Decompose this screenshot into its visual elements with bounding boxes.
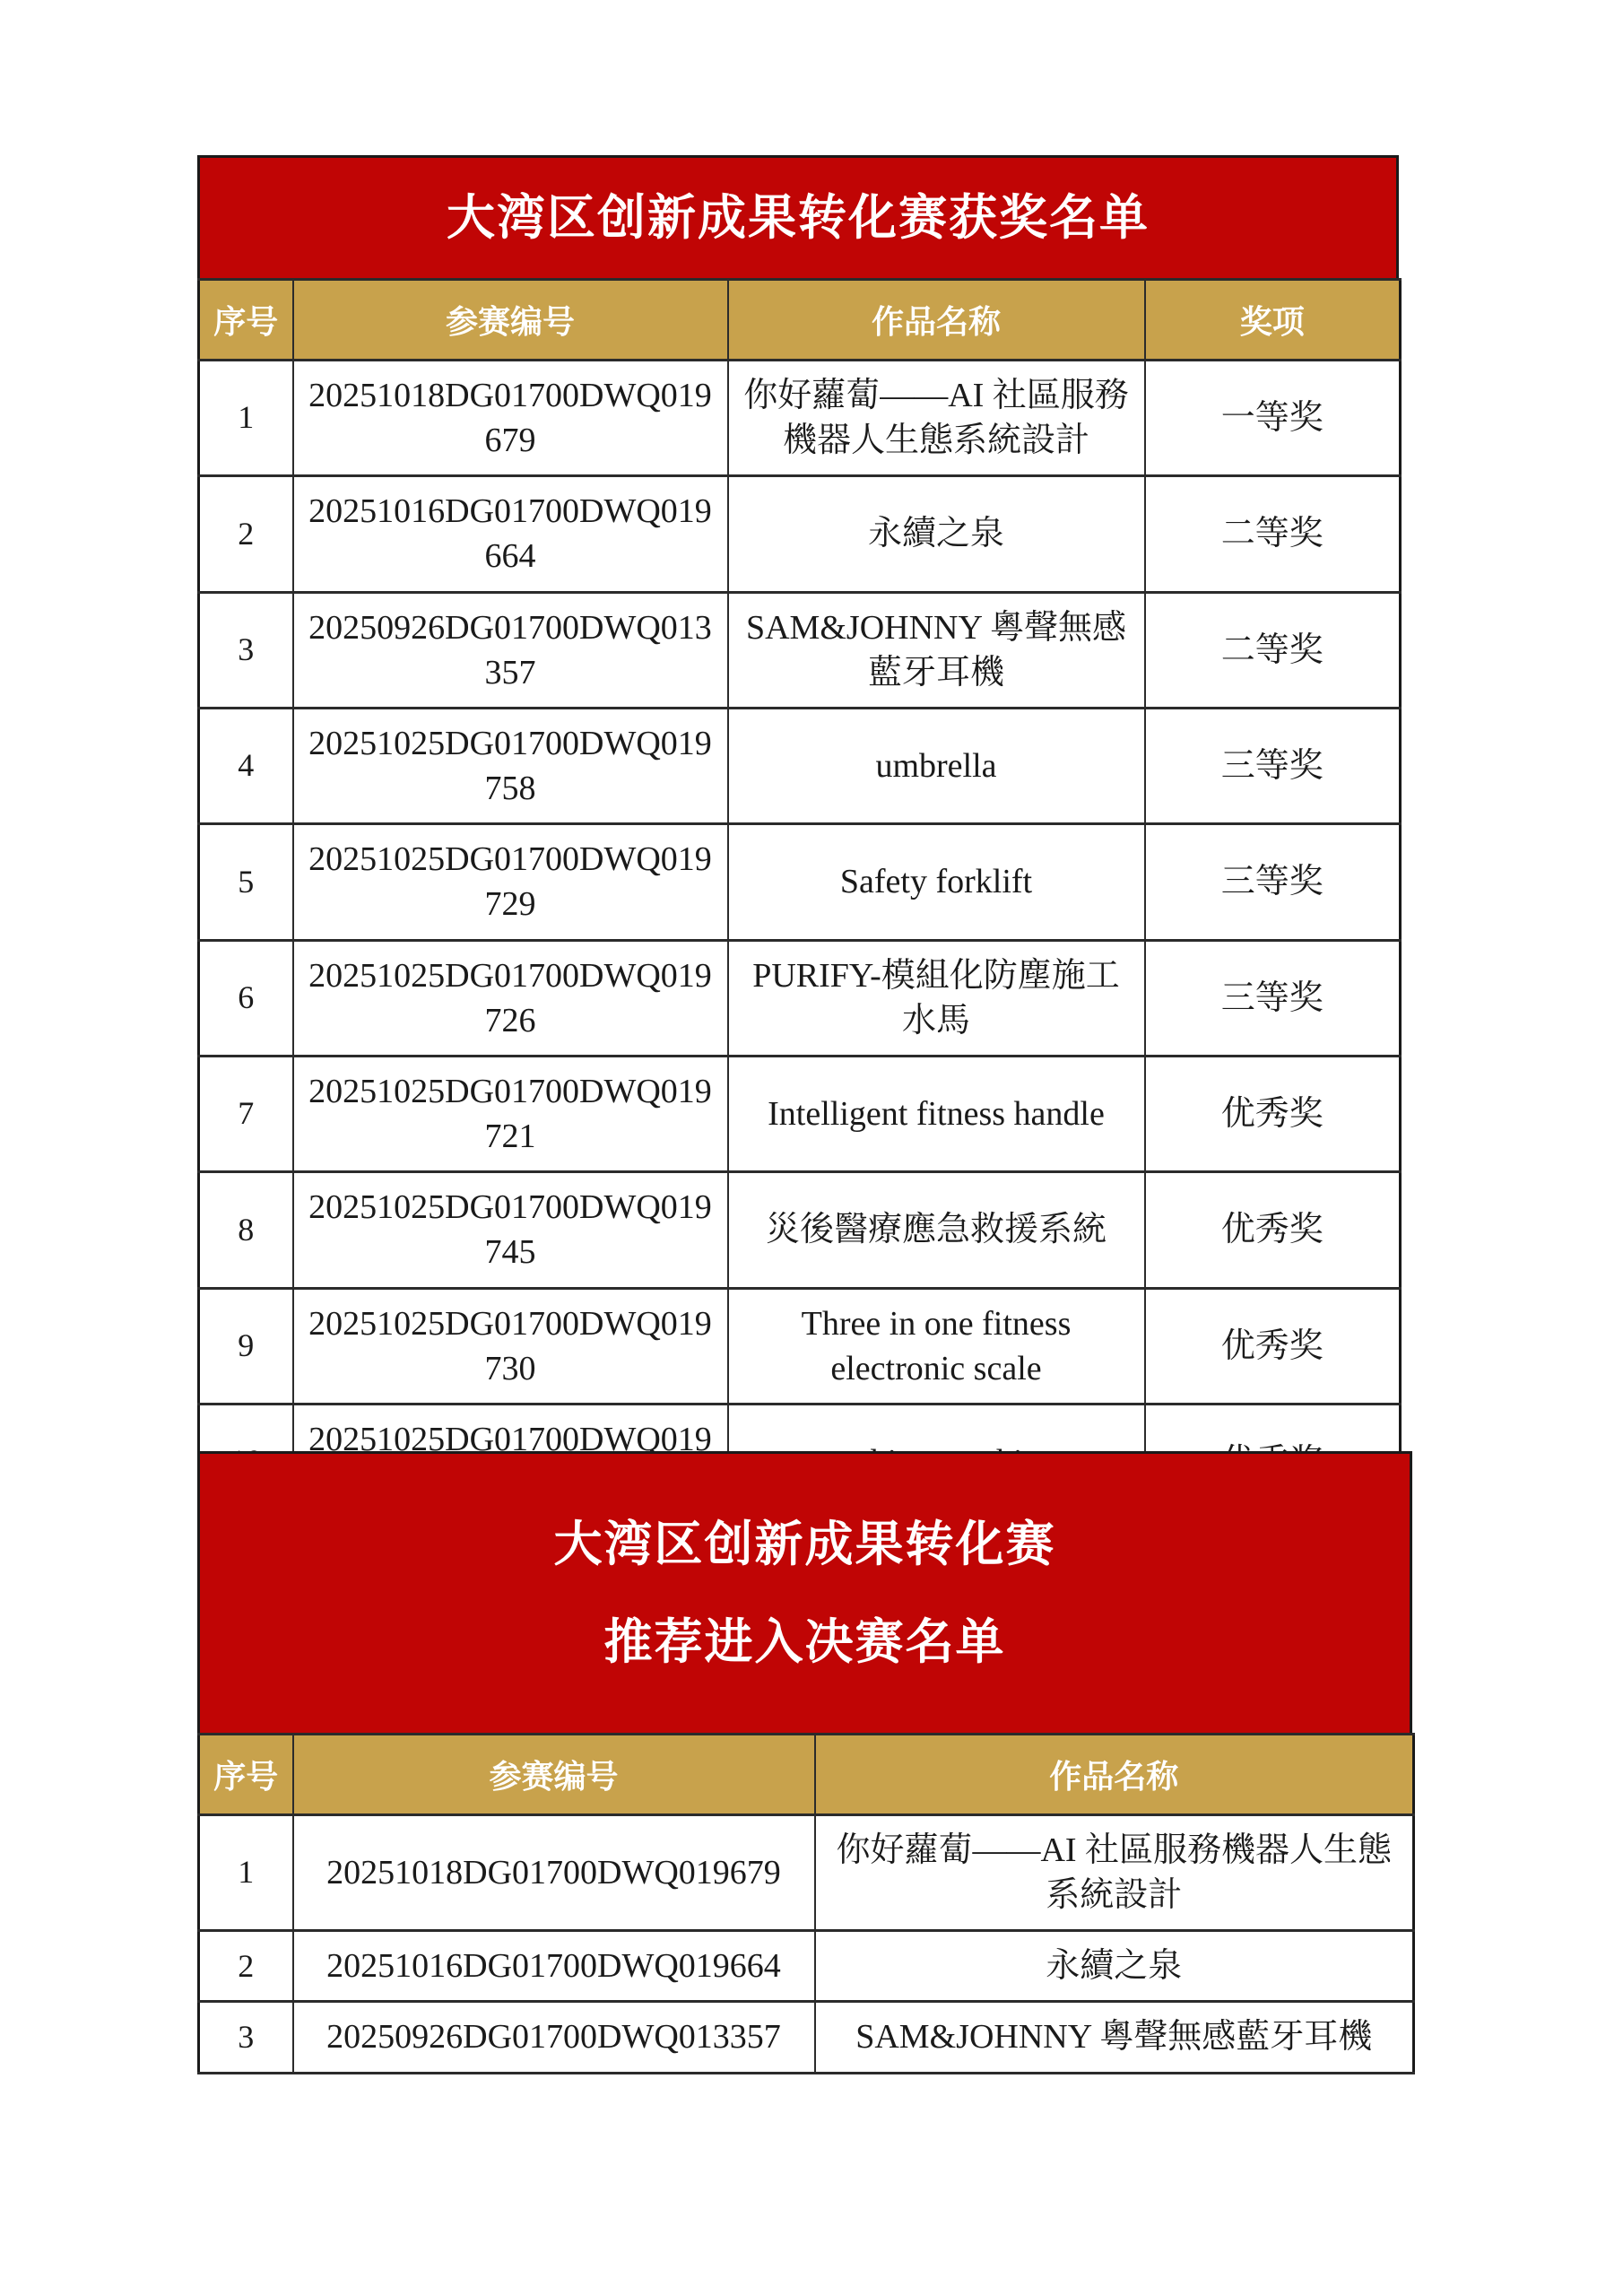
finalist-title-line1: 大湾区创新成果转化赛 [554,1519,1056,1570]
award-cell: 二等奖 [1145,592,1401,708]
award-table-header: 序号 参赛编号 作品名称 奖项 [199,280,1401,361]
row-number-cell: 3 [199,2002,293,2073]
table-row: 4 20251025DG01700DWQ019758 umbrella 三等奖 [199,708,1401,823]
work-name-cell: PURIFY-模組化防塵施工水馬 [728,940,1145,1056]
work-name-cell: Three in one fitness electronic scale [728,1288,1145,1404]
entry-id-cell: 20251025DG01700DWQ019745 [293,1172,728,1288]
header-row: 序号 参赛编号 作品名称 奖项 [199,280,1401,361]
row-number-cell: 3 [199,592,293,708]
award-cell: 优秀奖 [1145,1288,1401,1404]
table-row: 1 20251018DG01700DWQ019679 你好蘿蔔——AI 社區服務… [199,361,1401,476]
row-number-cell: 6 [199,940,293,1056]
work-name-cell: 永續之泉 [728,476,1145,592]
award-cell: 三等奖 [1145,824,1401,940]
table-row: 8 20251025DG01700DWQ019745 災後醫療應急救援系統 优秀… [199,1172,1401,1288]
table-row: 9 20251025DG01700DWQ019730 Three in one … [199,1288,1401,1404]
entry-id-cell: 20251025DG01700DWQ019729 [293,824,728,940]
header-row: 序号 参赛编号 作品名称 [199,1735,1414,1815]
award-table-body: 1 20251018DG01700DWQ019679 你好蘿蔔——AI 社區服務… [199,361,1401,1636]
row-number-cell: 2 [199,476,293,592]
row-number-cell: 9 [199,1288,293,1404]
entry-id-cell: 20251025DG01700DWQ019721 [293,1056,728,1171]
finalist-table-body: 1 20251018DG01700DWQ019679 你好蘿蔔——AI 社區服務… [199,1815,1414,2074]
finalist-table: 序号 参赛编号 作品名称 1 20251018DG01700DWQ019679 … [197,1733,1415,2074]
entry-id-cell: 20250926DG01700DWQ013357 [293,592,728,708]
work-name-cell: 你好蘿蔔——AI 社區服務機器人生態系統設計 [728,361,1145,476]
work-name-cell: Safety forklift [728,824,1145,940]
finalist-title-band: 大湾区创新成果转化赛 推荐进入决赛名单 [197,1451,1412,1733]
table-row: 2 20251016DG01700DWQ019664 永續之泉 二等奖 [199,476,1401,592]
award-cell: 一等奖 [1145,361,1401,476]
table-row: 3 20250926DG01700DWQ013357 SAM&JOHNNY 粵聲… [199,2002,1414,2073]
entry-id-cell: 20251025DG01700DWQ019726 [293,940,728,1056]
award-cell: 二等奖 [1145,476,1401,592]
row-number-cell: 2 [199,1931,293,2002]
column-header-entry: 参赛编号 [293,280,728,361]
work-name-cell: 你好蘿蔔——AI 社區服務機器人生態系統設計 [815,1815,1414,1931]
entry-id-cell: 20251025DG01700DWQ019730 [293,1288,728,1404]
column-header-no: 序号 [199,280,293,361]
work-name-cell: SAM&JOHNNY 粵聲無感藍牙耳機 [728,592,1145,708]
award-list-section: 大湾区创新成果转化赛获奖名单 序号 参赛编号 作品名称 奖项 1 2025101… [197,155,1399,1637]
award-list-table: 序号 参赛编号 作品名称 奖项 1 20251018DG01700DWQ0196… [197,278,1402,1637]
row-number-cell: 7 [199,1056,293,1171]
table-row: 2 20251016DG01700DWQ019664 永續之泉 [199,1931,1414,2002]
award-cell: 优秀奖 [1145,1056,1401,1171]
column-header-work: 作品名称 [728,280,1145,361]
column-header-entry: 参赛编号 [293,1735,815,1815]
work-name-cell: SAM&JOHNNY 粵聲無感藍牙耳機 [815,2002,1414,2073]
row-number-cell: 8 [199,1172,293,1288]
work-name-cell: 災後醫療應急救援系統 [728,1172,1145,1288]
award-list-title: 大湾区创新成果转化赛获奖名单 [447,193,1150,244]
table-row: 5 20251025DG01700DWQ019729 Safety forkli… [199,824,1401,940]
work-name-cell: 永續之泉 [815,1931,1414,2002]
award-cell: 三等奖 [1145,708,1401,823]
finalist-title-line2: 推荐进入决赛名单 [604,1617,1006,1668]
entry-id-cell: 20250926DG01700DWQ013357 [293,2002,815,2073]
work-name-cell: Intelligent fitness handle [728,1056,1145,1171]
column-header-award: 奖项 [1145,280,1401,361]
entry-id-cell: 20251016DG01700DWQ019664 [293,1931,815,2002]
table-row: 1 20251018DG01700DWQ019679 你好蘿蔔——AI 社區服務… [199,1815,1414,1931]
entry-id-cell: 20251016DG01700DWQ019664 [293,476,728,592]
table-row: 7 20251025DG01700DWQ019721 Intelligent f… [199,1056,1401,1171]
award-cell: 优秀奖 [1145,1172,1401,1288]
row-number-cell: 1 [199,1815,293,1931]
row-number-cell: 4 [199,708,293,823]
row-number-cell: 1 [199,361,293,476]
entry-id-cell: 20251018DG01700DWQ019679 [293,1815,815,1931]
entry-id-cell: 20251025DG01700DWQ019758 [293,708,728,823]
table-row: 6 20251025DG01700DWQ019726 PURIFY-模組化防塵施… [199,940,1401,1056]
column-header-work: 作品名称 [815,1735,1414,1815]
work-name-cell: umbrella [728,708,1145,823]
finalist-table-header: 序号 参赛编号 作品名称 [199,1735,1414,1815]
finalist-list-section: 大湾区创新成果转化赛 推荐进入决赛名单 序号 参赛编号 作品名称 1 20251… [197,1451,1412,2074]
award-cell: 三等奖 [1145,940,1401,1056]
table-row: 3 20250926DG01700DWQ013357 SAM&JOHNNY 粵聲… [199,592,1401,708]
row-number-cell: 5 [199,824,293,940]
column-header-no: 序号 [199,1735,293,1815]
entry-id-cell: 20251018DG01700DWQ019679 [293,361,728,476]
award-list-title-band: 大湾区创新成果转化赛获奖名单 [197,155,1399,278]
document-page: { "colors": { "title_band_red": "#c00505… [0,0,1623,2296]
